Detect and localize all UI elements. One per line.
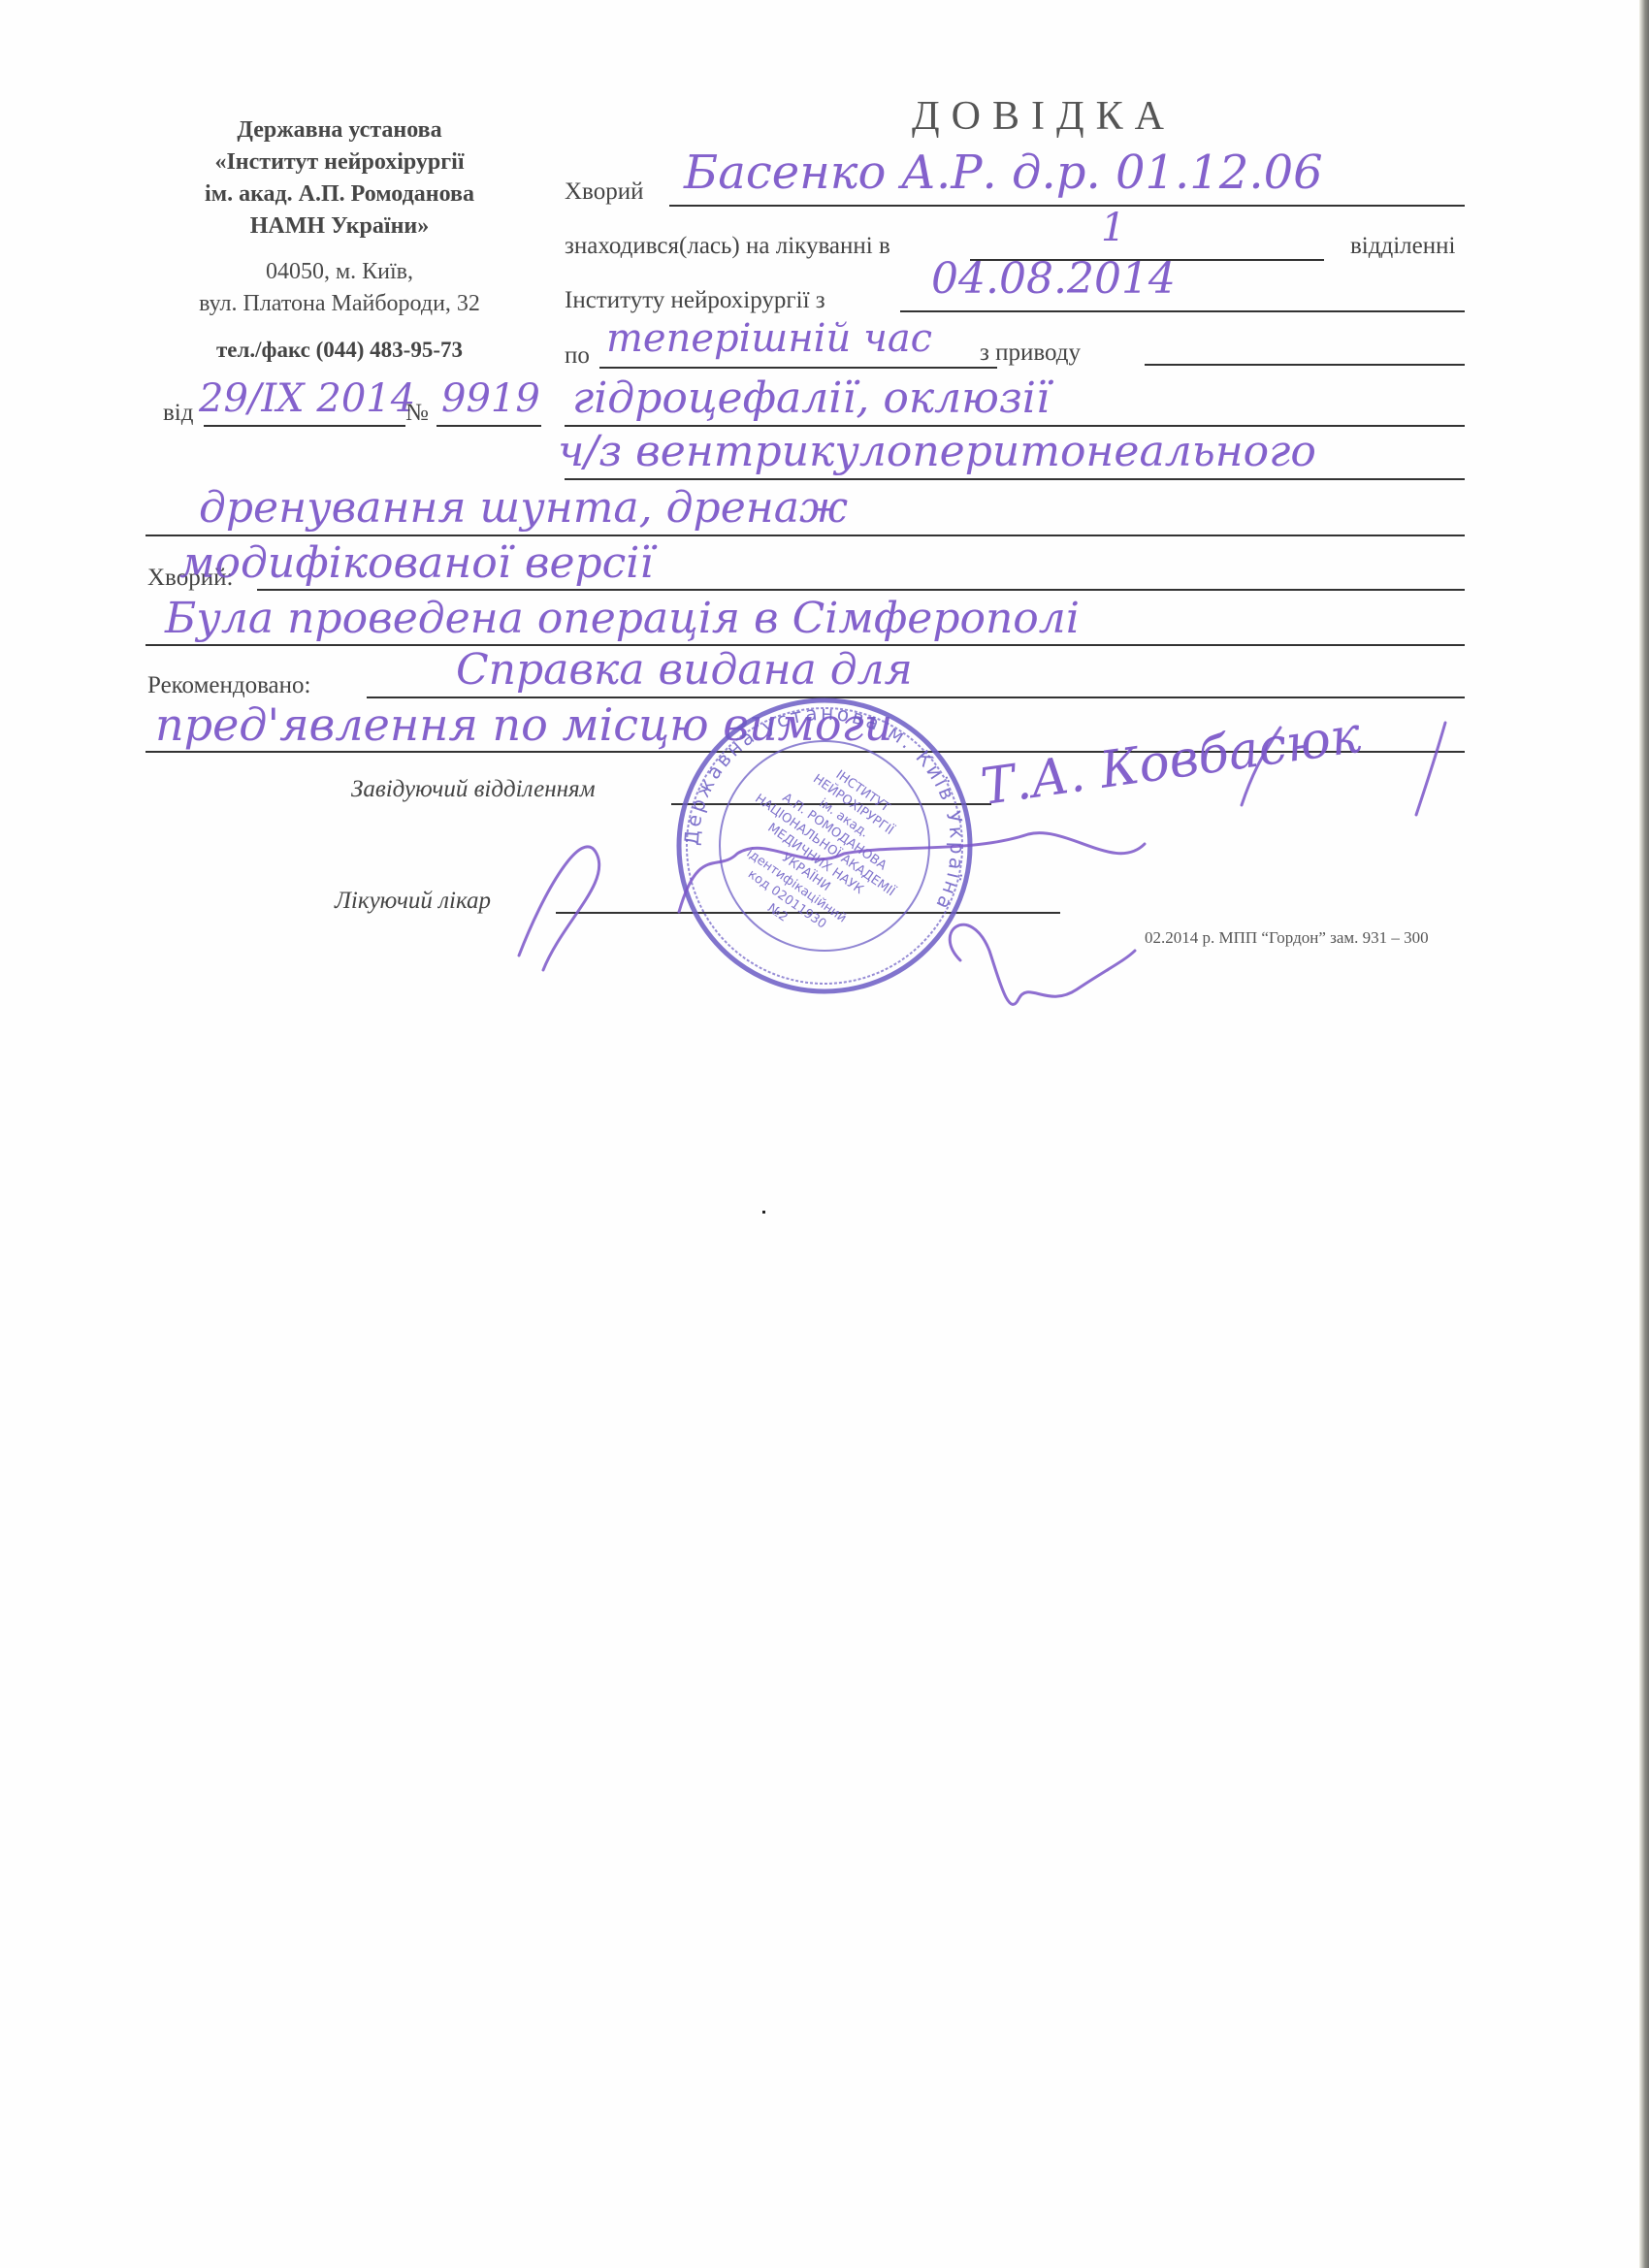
print-note: 02.2014 р. МПП “Гордон” зам. 931 – 300 (1145, 928, 1429, 948)
signature-strokes (0, 0, 1649, 1067)
scan-speck (762, 1211, 765, 1214)
doctor-signature-loop (519, 847, 599, 970)
